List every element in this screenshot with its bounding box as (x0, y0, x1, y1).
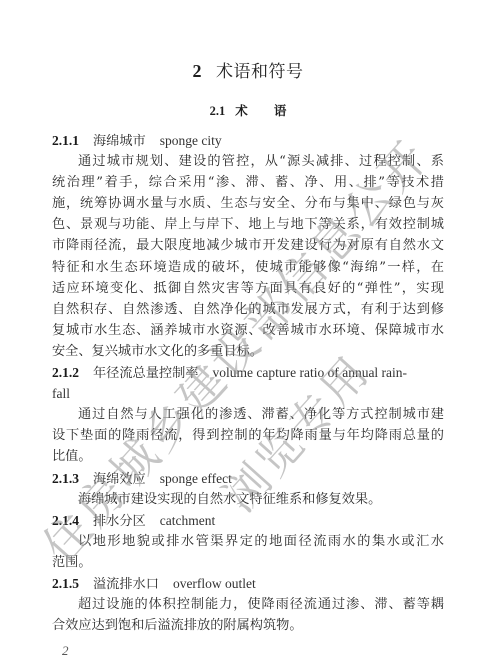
definition-line: 海绵城市建设实现的自然水文特征维系和修复效果。 (52, 489, 444, 510)
definition-line: 通过自然与人工强化的渗透、滞蓄、净化等方式控制城市建 (52, 404, 444, 425)
term-heading: 2.1.1海绵城市sponge city (52, 130, 444, 151)
term-number: 2.1.5 (52, 576, 79, 591)
term-number: 2.1.4 (52, 513, 79, 528)
definition-line: 适应环境变化、抵御自然灾害等方面具有良好的“弹性”，实现 (52, 278, 444, 299)
definition-line: 比值。 (52, 446, 444, 467)
definition-line: 以地形地貌或排水管渠界定的地面径流雨水的集水或汇水 (52, 531, 444, 552)
term-english: sponge effect (160, 471, 232, 486)
definition-line: 色、景观与功能、岸上与岸下、地上与地下等关系，有效控制城 (52, 214, 444, 235)
term-chinese: 排水分区 (93, 514, 146, 529)
term-chinese: 海绵效应 (93, 472, 146, 487)
section-title-char-2: 语 (274, 103, 287, 118)
definition-line: 统治理”着手，综合采用“渗、滞、蓄、净、用、排”等技术措 (52, 172, 444, 193)
term-english: overflow outlet (173, 576, 256, 591)
definition-line: 复城市水生态、涵养城市水资源、改善城市水环境、保障城市水 (52, 320, 444, 341)
term-chinese: 年径流总量控制率 (93, 366, 199, 381)
term-number: 2.1.2 (52, 365, 79, 380)
definition-line: 施，统筹协调水量与水质、生态与安全、分布与集中、绿色与灰 (52, 193, 444, 214)
term-english: sponge city (160, 133, 222, 148)
term-heading: 2.1.2年径流总量控制率volume capture ratio of ann… (52, 362, 444, 383)
term-heading: 2.1.3海绵效应sponge effect (52, 468, 444, 489)
page-number: 2 (62, 643, 69, 659)
section-title-char-1: 术 (235, 103, 248, 118)
definition-line: 超过设施的体积控制能力，使降雨径流通过渗、滞、蓄等耦 (52, 594, 444, 615)
term-heading: 2.1.4排水分区catchment (52, 510, 444, 531)
section-title: 2.1术语 (0, 101, 496, 119)
term-number: 2.1.1 (52, 133, 79, 148)
term-english-continuation: fall (52, 383, 444, 404)
definition-line: 设下垫面的降雨径流，得到控制的年均降雨量与年均降雨总量的 (52, 425, 444, 446)
chapter-number: 2 (193, 61, 203, 81)
definition-line: 范围。 (52, 552, 444, 573)
definition-line: 安全、复兴城市水文化的多重目标。 (52, 341, 444, 362)
term-english: catchment (160, 513, 215, 528)
chapter-title: 2术语和符号 (0, 57, 496, 82)
term-chinese: 海绵城市 (93, 134, 146, 149)
term-number: 2.1.3 (52, 471, 79, 486)
document-page: 2术语和符号 2.1术语 2.1.1海绵城市sponge city 通过城市规划… (0, 0, 496, 671)
term-english: volume capture ratio of annual rain- (213, 365, 408, 380)
definition-line: 市降雨径流，最大限度地减少城市开发建设行为对原有自然水文 (52, 235, 444, 256)
definition-line: 通过城市规划、建设的管控，从“源头减排、过程控制、系 (52, 151, 444, 172)
definition-line: 合效应达到饱和后溢流排放的附属构筑物。 (52, 615, 444, 636)
chapter-title-text: 术语和符号 (216, 62, 304, 82)
term-chinese: 溢流排水口 (93, 577, 159, 592)
definition-line: 特征和水生态环境造成的破坏，使城市能够像“海绵”一样，在 (52, 257, 444, 278)
term-heading: 2.1.5溢流排水口overflow outlet (52, 573, 444, 594)
definition-line: 自然积存、自然渗透、自然净化的城市发展方式，有利于达到修 (52, 299, 444, 320)
section-number: 2.1 (210, 104, 226, 118)
terms-body: 2.1.1海绵城市sponge city 通过城市规划、建设的管控，从“源头减排… (52, 130, 444, 636)
